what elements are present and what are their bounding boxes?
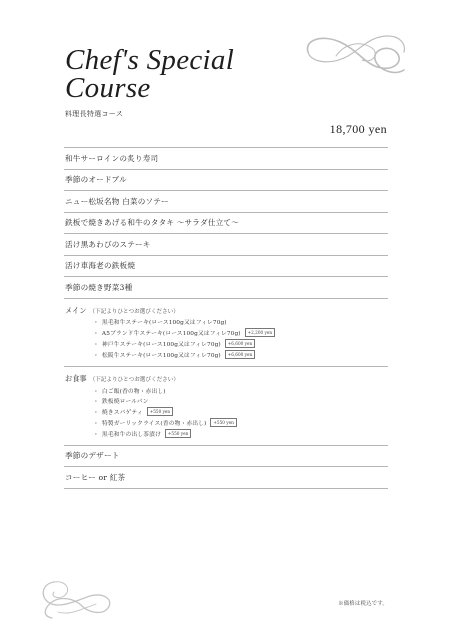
section-heading: メイン （下記よりひとつお選びください） xyxy=(65,305,388,317)
option-label: 黒毛和牛の出し茶漬け xyxy=(102,429,161,438)
bullet: ・ xyxy=(93,429,99,438)
tax-footnote: ※価格は税込です。 xyxy=(338,599,388,607)
surcharge-badge: +6,600 yen xyxy=(225,339,255,348)
option-item: ・ 焼きスパゲティ +550 yen xyxy=(93,406,388,417)
section-title: メイン xyxy=(65,306,86,316)
option-label: 神戸牛ステーキ(ロース100g又はフィレ70g) xyxy=(102,339,221,348)
bullet: ・ xyxy=(93,339,99,348)
option-item: ・ 黒毛和牛の出し茶漬け +550 yen xyxy=(93,428,388,439)
section-note: （下記よりひとつお選びください） xyxy=(89,307,178,315)
course-menu: 和牛サーロインの炙り寿司 季節のオードブル ニュー松坂名物 白菜のソテー 鉄板で… xyxy=(64,147,388,489)
option-label: 白ご飯(香の物・赤出し) xyxy=(102,386,166,395)
option-item: ・ 神戸牛ステーキ(ロース100g又はフィレ70g) +6,600 yen xyxy=(93,338,388,349)
meal-section: お食事 （下記よりひとつお選びください） ・ 白ご飯(香の物・赤出し) ・ 鉄板… xyxy=(64,367,388,445)
option-list: ・ 白ご飯(香の物・赤出し) ・ 鉄板焼ロールパン ・ 焼きスパゲティ +550… xyxy=(65,385,388,439)
option-item: ・ A5ブランド牛ステーキ(ロース100g又はフィレ70g) +2,200 ye… xyxy=(93,327,388,338)
divider xyxy=(64,488,388,489)
surcharge-badge: +550 yen xyxy=(165,429,191,438)
option-label: 黒毛和牛ステーキ(ロース100g又はフィレ70g) xyxy=(102,317,227,326)
bullet: ・ xyxy=(93,407,99,416)
course-item: 活け黒あわびのステーキ xyxy=(64,234,388,255)
section-title: お食事 xyxy=(65,374,87,384)
surcharge-badge: +550 yen xyxy=(147,407,173,416)
option-label: 焼きスパゲティ xyxy=(102,407,143,416)
page-title: Chef's Special Course xyxy=(65,46,285,102)
subtitle: 料理長特選コース xyxy=(65,109,123,119)
bullet: ・ xyxy=(93,396,99,405)
surcharge-badge: +6,600 yen xyxy=(225,350,255,359)
swirl-icon xyxy=(38,578,116,620)
title-line-2: Course xyxy=(65,74,285,102)
course-item: ニュー松坂名物 白菜のソテー xyxy=(64,191,388,212)
option-item: ・ 白ご飯(香の物・赤出し) xyxy=(93,385,388,396)
option-label: 鉄板焼ロールパン xyxy=(102,396,149,405)
course-item: 季節のデザート xyxy=(64,446,388,467)
option-item: ・ 松阪牛ステーキ(ロース100g又はフィレ70g) +6,600 yen xyxy=(93,349,388,360)
option-label: 松阪牛ステーキ(ロース100g又はフィレ70g) xyxy=(102,350,221,359)
course-price: 18,700 yen xyxy=(330,122,387,137)
course-item: コーヒー or 紅茶 xyxy=(64,467,388,488)
surcharge-badge: +550 yen xyxy=(210,418,236,427)
section-heading: お食事 （下記よりひとつお選びください） xyxy=(65,373,388,385)
title-line-1: Chef's Special xyxy=(65,46,285,74)
course-item: 活け車海老の鉄板焼 xyxy=(64,256,388,277)
option-item: ・ 鉄板焼ロールパン xyxy=(93,395,388,406)
option-item: ・ 黒毛和牛ステーキ(ロース100g又はフィレ70g) xyxy=(93,317,388,328)
option-item: ・ 特製ガーリックライス(香の物・赤出し) +550 yen xyxy=(93,417,388,428)
surcharge-badge: +2,200 yen xyxy=(245,328,275,337)
bullet: ・ xyxy=(93,317,99,326)
course-item: 季節の焼き野菜3種 xyxy=(64,277,388,298)
course-item: 季節のオードブル xyxy=(64,170,388,191)
option-label: A5ブランド牛ステーキ(ロース100g又はフィレ70g) xyxy=(102,328,241,337)
option-label: 特製ガーリックライス(香の物・赤出し) xyxy=(102,418,207,427)
flourish-ornament-bottom xyxy=(38,578,116,620)
course-item: 和牛サーロインの炙り寿司 xyxy=(64,148,388,169)
course-item: 鉄板で焼きあげる和牛のタタキ ～サラダ仕立て～ xyxy=(64,213,388,234)
bullet: ・ xyxy=(93,350,99,359)
bullet: ・ xyxy=(93,418,99,427)
section-note: （下記よりひとつお選びください） xyxy=(90,375,179,383)
bullet: ・ xyxy=(93,386,99,395)
bullet: ・ xyxy=(93,328,99,337)
swirl-icon xyxy=(300,26,410,84)
main-course-section: メイン （下記よりひとつお選びください） ・ 黒毛和牛ステーキ(ロース100g又… xyxy=(64,299,388,366)
option-list: ・ 黒毛和牛ステーキ(ロース100g又はフィレ70g) ・ A5ブランド牛ステー… xyxy=(65,317,388,360)
flourish-ornament-top xyxy=(300,26,410,84)
